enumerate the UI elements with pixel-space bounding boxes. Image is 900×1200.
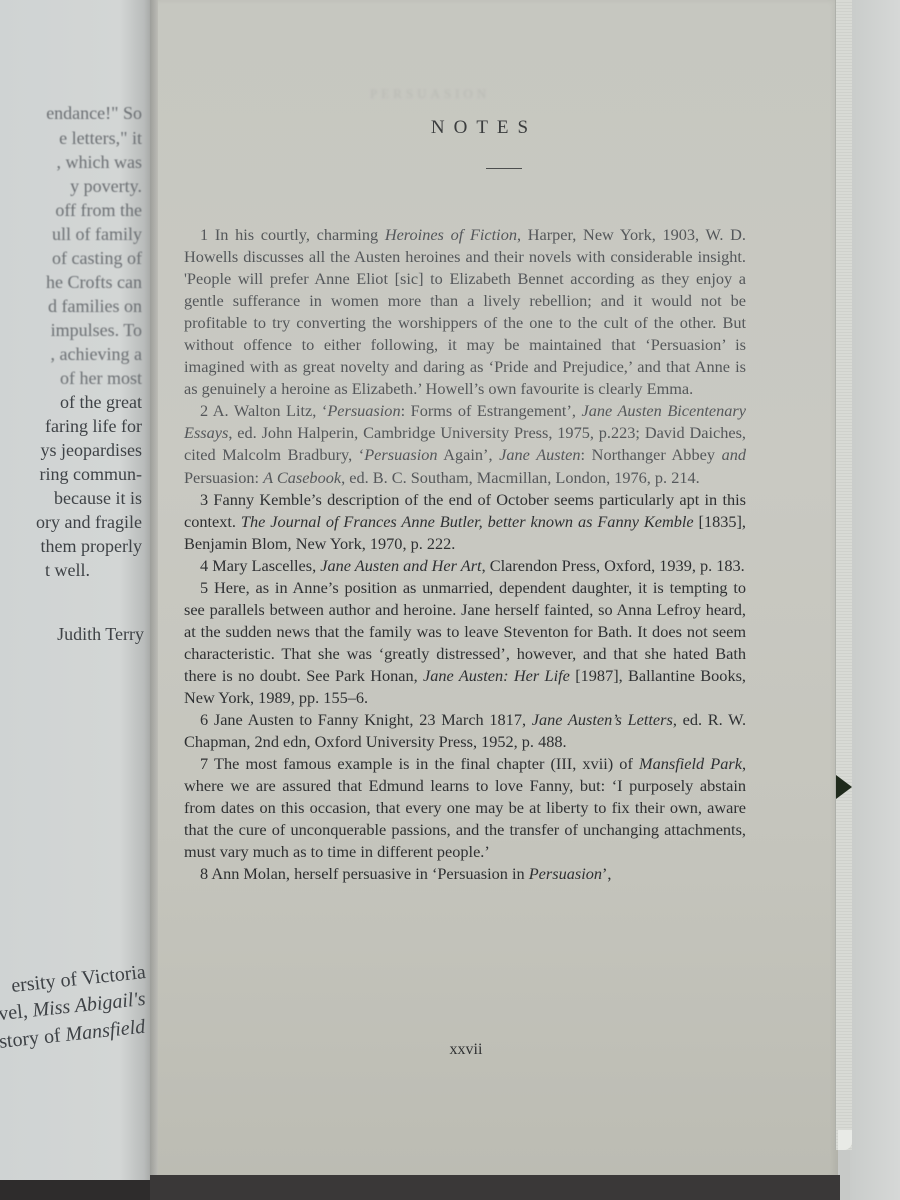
footnote-3: 3 Fanny Kemble’s description of the end … xyxy=(184,489,746,555)
left-page-line: y poverty. xyxy=(70,176,142,197)
background-surface xyxy=(850,0,900,1200)
footnote-number: 1 xyxy=(200,225,215,244)
notes-list: 1 In his courtly, charming Heroines of F… xyxy=(184,224,746,885)
footnote-number: 4 xyxy=(200,556,212,575)
footnote-number: 3 xyxy=(200,490,213,509)
page-number: xxvii xyxy=(0,1041,900,1059)
footnote-2: 2 A. Walton Litz, ‘Persuasion: Forms of … xyxy=(184,400,746,488)
left-page: endance!" Soe letters," it, which wasy p… xyxy=(0,0,150,1180)
heading-rule xyxy=(486,168,522,169)
left-page-line: , achieving a xyxy=(51,344,142,365)
left-page-line: off from the xyxy=(55,200,142,221)
footnote-4: 4 Mary Lascelles, Jane Austen and Her Ar… xyxy=(184,555,746,577)
page-edges xyxy=(835,0,852,1150)
left-page-line: of her most xyxy=(60,368,142,389)
left-page-line: d families on xyxy=(48,296,142,317)
footnote-5: 5 Here, as in Anne’s position as unmarri… xyxy=(184,577,746,709)
page-bottom-shadow-left xyxy=(0,1180,150,1200)
bookmark-tab-icon xyxy=(836,775,852,799)
left-page-line: ory and fragile xyxy=(36,512,142,533)
footnote-number: 6 xyxy=(200,710,214,729)
footnote-1: 1 In his courtly, charming Heroines of F… xyxy=(184,224,746,400)
footnote-number: 2 xyxy=(200,401,213,420)
left-page-line: them properly xyxy=(41,536,142,557)
footnote-number: 8 xyxy=(200,864,211,883)
footnote-number: 5 xyxy=(200,578,214,597)
footnote-8: 8 Ann Molan, herself persuasive in ‘Pers… xyxy=(184,863,746,885)
left-page-line: ring commun- xyxy=(40,464,142,485)
notes-heading: NOTES xyxy=(0,117,900,139)
page-bottom-shadow xyxy=(150,1175,840,1200)
left-page-line: impulses. To xyxy=(51,320,142,341)
left-page-line: because it is xyxy=(54,488,142,509)
left-page-line: of casting of xyxy=(52,248,142,269)
author-signature: Judith Terry xyxy=(57,624,144,645)
footnote-number: 7 xyxy=(200,754,214,773)
running-head-show-through: PERSUASION xyxy=(370,86,490,102)
page-title: NOTES xyxy=(16,117,900,139)
left-page-line: of the great xyxy=(60,392,142,413)
left-page-line: ys jeopardises xyxy=(41,440,142,461)
page-corner xyxy=(838,1130,852,1150)
left-page-line: , which was xyxy=(57,152,142,173)
left-page-line: t well. xyxy=(45,560,90,581)
left-page-line: ull of family xyxy=(52,224,142,245)
footnote-6: 6 Jane Austen to Fanny Knight, 23 March … xyxy=(184,709,746,753)
left-page-line: he Crofts can xyxy=(46,272,142,293)
left-page-line: faring life for xyxy=(45,416,142,437)
footnote-7: 7 The most famous example is in the fina… xyxy=(184,753,746,863)
